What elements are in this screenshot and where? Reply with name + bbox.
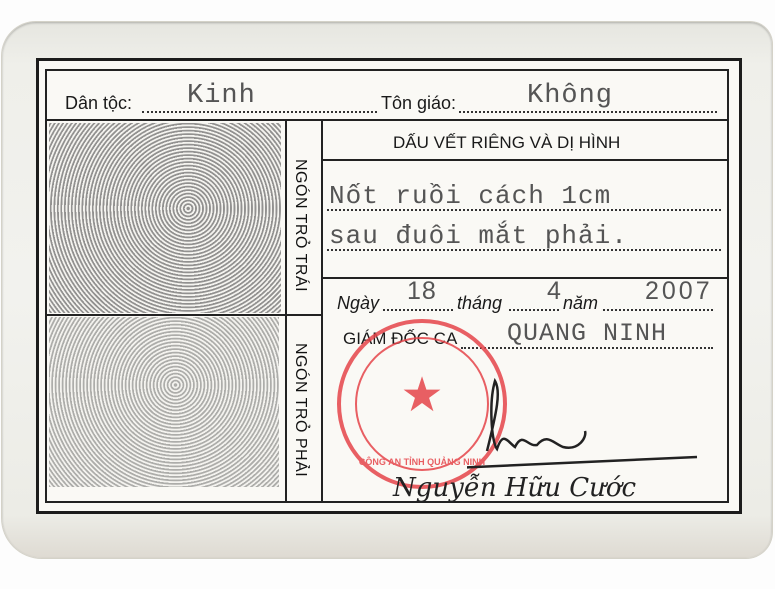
card-inner-border: Dân tộc: Kinh Tôn giáo: Không NGÓN TRỎ T…	[45, 69, 729, 503]
day-label: Ngày	[337, 293, 379, 314]
month-dots	[509, 309, 559, 311]
ethnicity-label: Dân tộc:	[65, 93, 132, 114]
ethnicity-value: Kinh	[187, 81, 256, 111]
year-label: năm	[563, 293, 598, 314]
marks-line-1: Nốt ruồi cách 1cm	[329, 181, 611, 211]
right-index-fingerprint	[49, 317, 279, 487]
signature-icon	[467, 371, 707, 481]
left-index-fingerprint	[49, 123, 281, 313]
day-value: 18	[407, 277, 437, 306]
religion-label: Tôn giáo:	[381, 93, 456, 114]
marks-heading: DẤU VẾT RIÊNG VÀ DỊ HÌNH	[393, 133, 620, 153]
fingerprint-label-divider	[285, 119, 287, 501]
header-divider	[47, 119, 727, 121]
religion-value: Không	[527, 81, 613, 111]
ethnicity-dots	[142, 111, 377, 113]
label-content-divider	[321, 119, 323, 501]
religion-dots	[459, 111, 717, 113]
day-dots	[383, 309, 453, 311]
year-value: 2007	[645, 277, 713, 306]
left-finger-label: NGÓN TRỎ TRÁI	[291, 159, 309, 292]
year-dots	[603, 309, 713, 311]
marks-heading-divider	[323, 159, 727, 161]
finger-divider	[47, 314, 323, 316]
right-finger-label: NGÓN TRỎ PHẢI	[291, 343, 309, 477]
id-card-back: Dân tộc: Kinh Tôn giáo: Không NGÓN TRỎ T…	[36, 58, 742, 514]
signer-name: Nguyễn Hữu Cước	[393, 473, 636, 503]
month-value: 4	[547, 277, 562, 306]
director-province: QUANG NINH	[507, 319, 667, 348]
month-label: tháng	[457, 293, 502, 314]
marks-line-2: sau đuôi mắt phải.	[329, 221, 628, 251]
